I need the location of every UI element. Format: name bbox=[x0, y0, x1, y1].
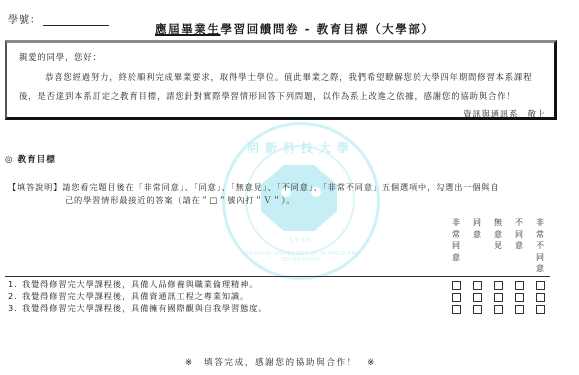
q2-agree-checkbox[interactable] bbox=[473, 293, 482, 302]
q1-disagree-checkbox[interactable] bbox=[515, 281, 524, 290]
q2-strongly-disagree-checkbox[interactable] bbox=[536, 293, 545, 302]
intro-line-2: 後，是否達到本系訂定之教育目標，請您針對實際學習情形回答下列問題，以作為系上改進… bbox=[19, 90, 516, 102]
q1-strongly-disagree-checkbox[interactable] bbox=[536, 281, 545, 290]
q1-agree-checkbox[interactable] bbox=[473, 281, 482, 290]
q3-agree-checkbox[interactable] bbox=[473, 305, 482, 314]
instruction-line-1: 【填答說明】請您看完題目後在「非常同意」、「同意」、「無意見」、「不同意」、「非… bbox=[8, 182, 499, 193]
intro-letter-box: 親愛的同學，您好： 恭喜您經過努力，終於順利完成畢業要求，取得學士學位。值此畢業… bbox=[5, 40, 557, 120]
greeting: 親愛的同學，您好： bbox=[19, 51, 102, 63]
question-row-2: 2.我覺得修習完大學課程後，具備資通訊工程之專業知識。 bbox=[8, 291, 249, 302]
q2-neutral-checkbox[interactable] bbox=[494, 293, 503, 302]
question-number: 2. bbox=[8, 291, 22, 301]
q2-strongly-agree-checkbox[interactable] bbox=[452, 293, 461, 302]
col-header-strongly-disagree: 非常不同意 bbox=[535, 217, 545, 275]
q3-strongly-agree-checkbox[interactable] bbox=[452, 305, 461, 314]
instruction-label: 【填答說明】 bbox=[8, 182, 62, 192]
q2-disagree-checkbox[interactable] bbox=[515, 293, 524, 302]
table-divider bbox=[5, 276, 550, 277]
student-id-blank[interactable] bbox=[43, 15, 109, 26]
q3-neutral-checkbox[interactable] bbox=[494, 305, 503, 314]
title-rest: 學習回饋問卷 - 教育目標（大學部） bbox=[221, 22, 435, 36]
footer-thanks: ※ 填答完成，感謝您的協助與合作！ ※ bbox=[185, 356, 376, 368]
q3-strongly-disagree-checkbox[interactable] bbox=[536, 305, 545, 314]
section-title: ◎ 教育目標 bbox=[5, 153, 56, 165]
q3-disagree-checkbox[interactable] bbox=[515, 305, 524, 314]
q1-neutral-checkbox[interactable] bbox=[494, 281, 503, 290]
col-header-disagree: 不同意 bbox=[514, 217, 524, 252]
col-header-neutral: 無意見 bbox=[493, 217, 503, 252]
col-header-strongly-agree: 非常同意 bbox=[451, 217, 461, 263]
question-row-3: 3.我覺得修習完大學課程後，具備擁有國際觀與自我學習態度。 bbox=[8, 303, 267, 314]
instruction-line-2: 己的學習情形最接近的答案（請在＂□＂號內打＂Ｖ＂）。 bbox=[65, 195, 295, 206]
seal-name-cn: 明新科技大學 bbox=[225, 139, 377, 156]
question-number: 3. bbox=[8, 303, 22, 313]
question-text: 我覺得修習完大學課程後，具備資通訊工程之專業知識。 bbox=[22, 291, 249, 301]
seal-year: 1966 bbox=[225, 237, 377, 244]
question-text: 我覺得修習完大學課程後，具備擁有國際觀與自我學習態度。 bbox=[22, 303, 267, 313]
title-underlined: 應屆畢業生 bbox=[155, 22, 221, 36]
q1-strongly-agree-checkbox[interactable] bbox=[452, 281, 461, 290]
seal-name-en: MINGHSIN UNIVERSITY OF SCIENCE AND TECHN… bbox=[225, 251, 377, 263]
student-id-field[interactable]: 學號： bbox=[8, 11, 109, 26]
signature: 資訊與通訊系 敬上 bbox=[463, 108, 546, 120]
intro-line-1: 恭喜您經過努力，終於順利完成畢業要求，取得學士學位。值此畢業之際，我們希望瞭解您… bbox=[45, 71, 532, 83]
col-header-agree: 同意 bbox=[472, 217, 482, 240]
question-number: 1. bbox=[8, 279, 22, 289]
page-title: 應屆畢業生學習回饋問卷 - 教育目標（大學部） bbox=[155, 21, 435, 37]
student-id-label: 學號： bbox=[8, 15, 41, 26]
question-row-1: 1.我覺得修習完大學課程後，具備人品修養與職業倫理精神。 bbox=[8, 279, 258, 290]
question-text: 我覺得修習完大學課程後，具備人品修養與職業倫理精神。 bbox=[22, 279, 258, 289]
instruction-text-1: 請您看完題目後在「非常同意」、「同意」、「無意見」、「不同意」、「非常不同意」五… bbox=[62, 182, 499, 192]
